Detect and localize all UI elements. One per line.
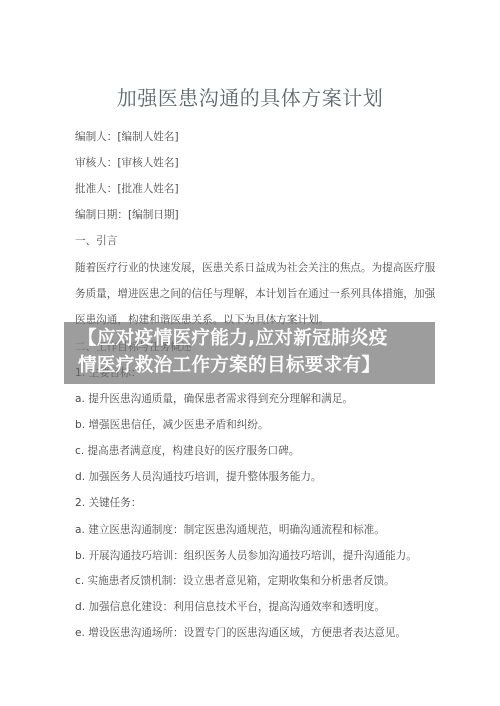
task-item: c. 实施患者反馈机制：设立患者意见箱，定期收集和分析患者反馈。 <box>75 574 395 588</box>
section-heading-intro: 一、引言 <box>75 234 117 248</box>
document-page: 加强医患沟通的具体方案计划 编制人：[编制人姓名] 审核人：[审核人姓名] 批准… <box>0 0 500 706</box>
meta-author: 编制人：[编制人姓名] <box>75 130 179 144</box>
banner-line-2: 情医疗救治工作方案的目标要求有】 <box>78 352 435 379</box>
meta-date: 编制日期：[编制日期] <box>75 208 179 222</box>
document-title: 加强医患沟通的具体方案计划 <box>0 86 500 110</box>
goal-item: b. 增强医患信任，减少医患矛盾和纠纷。 <box>75 418 269 432</box>
goal-item: c. 提高患者满意度，构建良好的医疗服务口碑。 <box>75 444 299 458</box>
headline-overlay-banner[interactable]: 【应对疫情医疗能力,应对新冠肺炎疫 情医疗救治工作方案的目标要求有】 <box>64 322 435 384</box>
banner-line-1: 【应对疫情医疗能力,应对新冠肺炎疫 <box>78 325 435 352</box>
goal-item: a. 提升医患沟通质量，确保患者需求得到充分理解和满足。 <box>75 392 353 406</box>
task-item: a. 建立医患沟通制度：制定医患沟通规范，明确沟通流程和标准。 <box>75 523 385 537</box>
meta-reviewer: 审核人：[审核人姓名] <box>75 156 179 170</box>
task-item: b. 开展沟通技巧培训：组织医务人员参加沟通技巧培训，提升沟通能力。 <box>75 549 417 563</box>
task-item: d. 加强信息化建设：利用信息技术平台，提高沟通效率和透明度。 <box>75 600 385 614</box>
tasks-heading: 2. 关键任务： <box>75 496 141 510</box>
task-item: e. 增设医患沟通场所：设置专门的医患沟通区域，方便患者表达意见。 <box>75 626 406 640</box>
meta-approver: 批准人：[批准人姓名] <box>75 182 179 196</box>
goal-item: d. 加强医务人员沟通技巧培训，提升整体服务能力。 <box>75 470 322 484</box>
intro-paragraph-line: 随着医疗行业的快速发展，医患关系日益成为社会关注的焦点。为提高医疗服 <box>75 261 435 275</box>
intro-paragraph-line: 务质量，增进医患之间的信任与理解，本计划旨在通过一系列具体措施，加强 <box>75 287 435 301</box>
